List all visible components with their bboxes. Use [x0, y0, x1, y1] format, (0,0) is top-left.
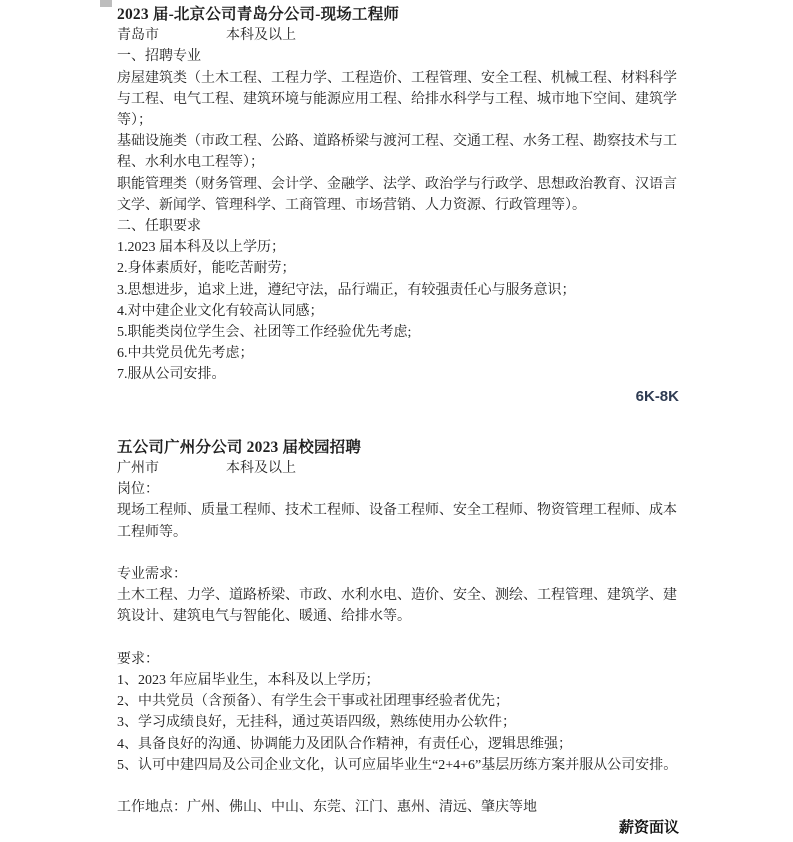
job2-requirement-4: 4、具备良好的沟通、协调能力及团队合作精神，有责任心，逻辑思维强；	[117, 734, 679, 755]
job1-meta: 青岛市本科及以上	[117, 25, 679, 46]
job1-requirement-1: 1.2023 届本科及以上学历；	[117, 237, 679, 258]
page-edge-artifact	[100, 0, 112, 7]
job2-requirement-2: 2、中共党员（含预备）、有学生会干事或社团理事经验者优先；	[117, 691, 679, 712]
job1-majors-housing: 房屋建筑类（土木工程、工程力学、工程造价、工程管理、安全工程、机械工程、材料科学…	[117, 68, 679, 132]
job1-majors-management: 职能管理类（财务管理、会计学、金融学、法学、政治学与行政学、思想政治教育、汉语言…	[117, 174, 679, 216]
blank-line	[117, 543, 679, 564]
job1-requirement-3: 3.思想进步，追求上进，遵纪守法，品行端正，有较强责任心与服务意识；	[117, 280, 679, 301]
blank-line	[117, 628, 679, 649]
job2-positions: 现场工程师、质量工程师、技术工程师、设备工程师、安全工程师、物资管理工程师、成本…	[117, 500, 679, 542]
job1-requirement-5: 5.职能类岗位学生会、社团等工作经验优先考虑;	[117, 322, 679, 343]
job-postings-document: 2023 届-北京公司青岛分公司-现场工程师 青岛市本科及以上 一、招聘专业 房…	[117, 0, 679, 840]
job2-salary-badge: 薪资面议	[117, 818, 679, 839]
job1-city: 青岛市	[117, 28, 159, 43]
job1-section2-heading: 二、任职要求	[117, 216, 679, 237]
job2-requirements-label: 要求：	[117, 649, 679, 670]
job2-degree: 本科及以上	[226, 461, 296, 476]
job2-majors: 土木工程、力学、道路桥梁、市政、水利水电、造价、安全、测绘、工程管理、建筑学、建…	[117, 585, 679, 627]
job2-title: 五公司广州分公司 2023 届校园招聘	[117, 437, 679, 458]
job1-requirement-2: 2.身体素质好，能吃苦耐劳；	[117, 258, 679, 279]
job2-majors-label: 专业需求：	[117, 564, 679, 585]
job2-position-label: 岗位：	[117, 479, 679, 500]
job1-section1-heading: 一、招聘专业	[117, 46, 679, 67]
section-divider-space	[117, 407, 679, 437]
blank-line	[117, 776, 679, 797]
job1-degree: 本科及以上	[226, 28, 296, 43]
job1-salary-badge: 6K-8K	[117, 386, 679, 407]
job1-requirement-6: 6.中共党员优先考虑；	[117, 343, 679, 364]
job2-location: 工作地点：广州、佛山、中山、东莞、江门、惠州、清远、肇庆等地	[117, 797, 679, 818]
job1-title: 2023 届-北京公司青岛分公司-现场工程师	[117, 4, 679, 25]
job2-meta: 广州市本科及以上	[117, 458, 679, 479]
job1-requirement-7: 7.服从公司安排。	[117, 364, 679, 385]
job2-requirement-3: 3、学习成绩良好，无挂科，通过英语四级，熟练使用办公软件；	[117, 712, 679, 733]
job1-requirement-4: 4.对中建企业文化有较高认同感；	[117, 301, 679, 322]
job2-requirement-1: 1、2023 年应届毕业生，本科及以上学历；	[117, 670, 679, 691]
job1-majors-infrastructure: 基础设施类（市政工程、公路、道路桥梁与渡河工程、交通工程、水务工程、勘察技术与工…	[117, 131, 679, 173]
job2-city: 广州市	[117, 461, 159, 476]
job2-requirement-5: 5、认可中建四局及公司企业文化，认可应届毕业生“2+4+6”基层历练方案并服从公…	[117, 755, 679, 776]
